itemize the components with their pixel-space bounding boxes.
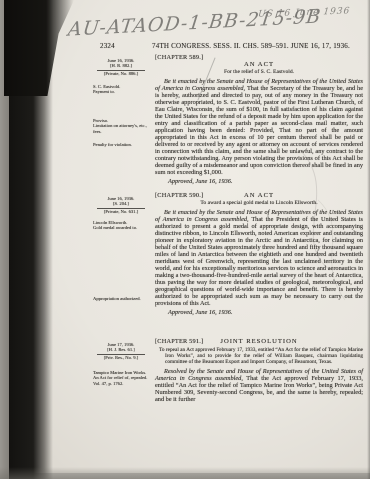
chapter-heading: [CHAPTER 590.] <box>155 192 203 199</box>
act-body-text: That the President of the United States … <box>155 216 363 307</box>
margin-refs-590: June 16, 1936. [S. 204.] [Private, No. 6… <box>93 196 149 215</box>
resolution-body-paragraph: Resolved by the Senate and House of Repr… <box>155 368 363 403</box>
margin-law-number: [Private, No. 886.] <box>97 70 145 77</box>
page-number: 2324 <box>100 42 115 50</box>
act-body-text: That the Secretary of the Treasury be, a… <box>155 85 363 176</box>
margin-note-proviso: Proviso. Limitation on attorney's, etc.,… <box>93 118 149 134</box>
margin-note-eastvold: S. C. Eastvold. Payment to. <box>93 84 149 95</box>
margin-note-tampico: Tampico Marine Iron Works. An Act for re… <box>93 370 149 386</box>
act-body-paragraph: Be it enacted by the Senate and House of… <box>155 78 363 176</box>
section-chapter-591: June 17, 1936. [H. J. Res. 61.] [Priv. R… <box>155 338 363 403</box>
approval-line: Approved, June 16, 1936. <box>155 309 363 316</box>
margin-bill-number: [S. 204.] <box>93 201 149 206</box>
chapter-heading: [CHAPTER 589.] <box>155 54 363 61</box>
act-body-paragraph: Be it enacted by the Senate and House of… <box>155 209 363 307</box>
resolution-subject: To repeal an Act approved February 17, 1… <box>155 347 363 365</box>
section-chapter-589: June 16, 1936. [H. R. 882.] [Private, No… <box>155 54 363 185</box>
margin-law-number: [Priv. Res., No. 9.] <box>97 354 145 361</box>
approval-line: Approved, June 16, 1936. <box>155 178 363 185</box>
margin-note-penalty: Penalty for violation. <box>93 142 149 147</box>
chapter-heading: [CHAPTER 591.] <box>155 338 203 345</box>
scanned-statute-page: AU-ATAOD-1-BB-215-9B US 16 June 1936 232… <box>0 0 370 479</box>
margin-refs-591: June 17, 1936. [H. J. Res. 61.] [Priv. R… <box>93 342 149 361</box>
printed-page-content: 2324 74TH CONGRESS. SESS. II. CHS. 589–5… <box>0 0 370 479</box>
act-subject: To award a special gold medal to Lincoln… <box>155 200 363 206</box>
act-heading: AN ACT <box>155 61 363 68</box>
section-chapter-590: June 16, 1936. [S. 204.] [Private, No. 6… <box>155 192 363 316</box>
margin-note-appropriation: Appropriation authorized. <box>93 296 149 301</box>
margin-bill-number: [H. R. 882.] <box>93 63 149 68</box>
running-head-line: 74TH CONGRESS. SESS. II. CHS. 589–591. J… <box>140 42 362 50</box>
margin-resolution-number: [H. J. Res. 61.] <box>93 347 149 352</box>
act-subject: For the relief of S. C. Eastvold. <box>155 69 363 75</box>
margin-refs-589: June 16, 1936. [H. R. 882.] [Private, No… <box>93 58 149 77</box>
margin-law-number: [Private, No. 631.] <box>97 208 145 215</box>
margin-note-ellsworth: Lincoln Ellsworth. Gold medal awarded to… <box>93 220 149 231</box>
